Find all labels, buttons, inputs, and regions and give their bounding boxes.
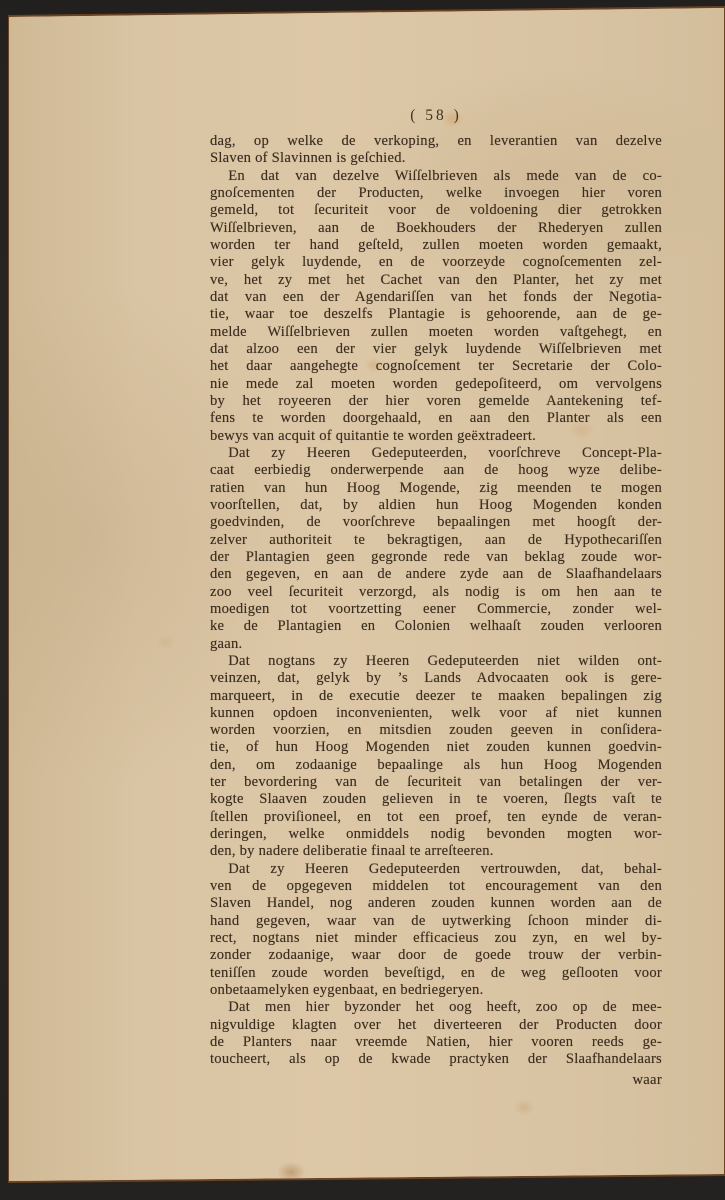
text-line: nigvuldige klagten over het diverteeren … [210, 1017, 662, 1034]
text-line: ve, het zy met het Cachet van den Plante… [210, 272, 662, 289]
text-line: Dat zy Heeren Gedeputeerden, voorſchreve… [210, 445, 662, 462]
body-text: dag, op welke de verkoping, en leveranti… [210, 133, 662, 1069]
text-line: moedigen tot voortzetting eener Commerci… [210, 601, 662, 618]
document-page: ( 58 ) dag, op welke de verkoping, en le… [8, 6, 725, 1184]
text-line: gaan. [210, 636, 662, 653]
text-line: vier gelyk luydende, en de voorzeyde cog… [210, 254, 662, 271]
text-line: den gegeven, en aan de andere zyde aan d… [210, 566, 662, 583]
text-line: Wiſſelbrieven, aan de Boekhouders der Rh… [210, 220, 662, 237]
catchword: waar [210, 1072, 662, 1089]
text-line: ratien van hun Hoog Mogende, zig meenden… [210, 480, 662, 497]
text-line: zonder zodaanige, waar door de goede tro… [210, 947, 662, 964]
text-line: toucheert, als op de kwade practyken der… [210, 1051, 662, 1068]
text-line: ter bevordering van de ſecuriteit van be… [210, 774, 662, 791]
text-line: veinzen, dat, gelyk by ’s Lands Advocaat… [210, 670, 662, 687]
text-line: dag, op welke de verkoping, en leveranti… [210, 133, 662, 150]
text-line: En dat van dezelve Wiſſelbrieven als med… [210, 168, 662, 185]
text-line: tie, waar toe deszelfs Plantagie is geho… [210, 306, 662, 323]
text-line: hand gegeven, waar van de uytwerking ſch… [210, 913, 662, 930]
text-line: dat alzoo een der vier gelyk luydende Wi… [210, 341, 662, 358]
text-line: nie mede zal moeten worden gedepoſiteerd… [210, 376, 662, 393]
text-line: der Plantagien geen gegronde rede van be… [210, 549, 662, 566]
text-line: Dat zy Heeren Gedeputeerden vertrouwden,… [210, 861, 662, 878]
scan-background: ( 58 ) dag, op welke de verkoping, en le… [0, 0, 725, 1200]
text-line: rect, nogtans niet minder efficacieus zo… [210, 930, 662, 947]
text-line: zoo veel ſecuriteit verzorgd, als nodig … [210, 584, 662, 601]
text-line: den, by nadere deliberatie finaal te arr… [210, 843, 662, 860]
text-line: worden ter hand geſteld, zullen moeten w… [210, 237, 662, 254]
text-line: bewys van acquit of quitantie te worden … [210, 428, 662, 445]
text-line: de Planters naar vreemde Natien, hier vo… [210, 1034, 662, 1051]
text-line: goedvinden, de voorſchreve bepaalingen m… [210, 514, 662, 531]
page-number: ( 58 ) [210, 107, 662, 125]
text-line: gnoſcementen der Producten, welke invoeg… [210, 185, 662, 202]
text-line: Dat men hier byzonder het oog heeft, zoo… [210, 999, 662, 1016]
text-line: melde Wiſſelbrieven zullen moeten worden… [210, 324, 662, 341]
text-line: dat van een der Agendariſſen van het fon… [210, 289, 662, 306]
text-line: onbetaamelyken eygenbaat, en bedriegerye… [210, 982, 662, 999]
text-line: voorſtellen, dat, by aldien hun Hoog Mog… [210, 497, 662, 514]
text-line: kunnen opdoen inconvenienten, welk voor … [210, 705, 662, 722]
text-line: kogte Slaaven zouden gelieven in te voer… [210, 791, 662, 808]
text-line: tie, of hun Hoog Mogenden niet zouden ku… [210, 739, 662, 756]
text-line: Dat nogtans zy Heeren Gedeputeerden niet… [210, 653, 662, 670]
text-line: by het royeeren der hier voren gemelde A… [210, 393, 662, 410]
text-line: ke de Plantagien en Colonien welhaaſt zo… [210, 618, 662, 635]
text-line: teniſſen zoude worden beveſtigd, en de w… [210, 965, 662, 982]
text-line: worden voorzien, en mitsdien zouden geev… [210, 722, 662, 739]
paper-edge: ( 58 ) dag, op welke de verkoping, en le… [8, 6, 725, 1184]
text-line: Slaven Handel, nog anderen zouden kunnen… [210, 895, 662, 912]
text-line: den, om zodaanige bepaalinge als hun Hoo… [210, 757, 662, 774]
text-line: caat eerbiedig onderwerpende aan de hoog… [210, 462, 662, 479]
text-line: zelver authoriteit te bekragtigen, aan d… [210, 532, 662, 549]
text-line: het daar aangehegte cognoſcement ter Sec… [210, 358, 662, 375]
text-line: deringen, welke onmiddels nodig bevonden… [210, 826, 662, 843]
text-line: gemeld, tot ſecuriteit voor de voldoenin… [210, 202, 662, 219]
text-line: fens te worden doorgehaald, en aan den P… [210, 410, 662, 427]
text-line: marqueert, in de executie deezer te maak… [210, 688, 662, 705]
text-line: ſtellen proviſioneel, en tot een proef, … [210, 809, 662, 826]
text-line: Slaven of Slavinnen is geſchied. [210, 150, 662, 167]
text-line: ven de opgegeven middelen tot encouragem… [210, 878, 662, 895]
